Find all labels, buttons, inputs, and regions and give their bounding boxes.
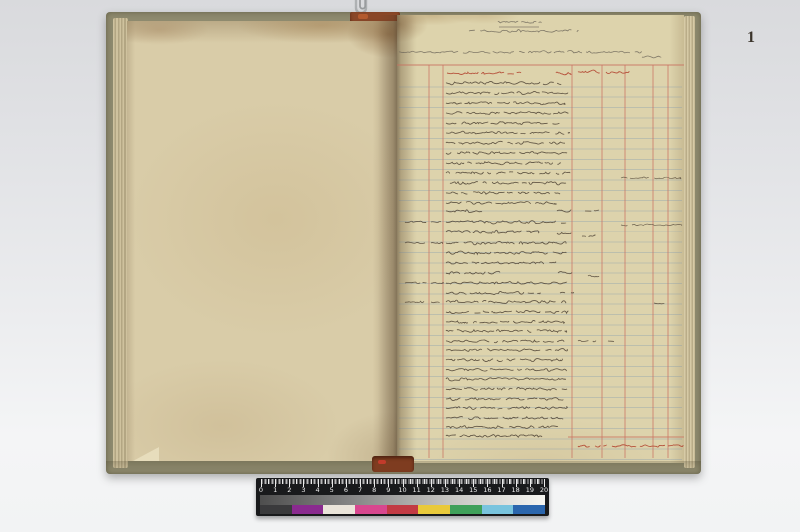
color-patch xyxy=(355,505,387,514)
color-patch xyxy=(387,505,419,514)
ledger-book: 1 xyxy=(106,12,701,474)
ruler-number: 8 xyxy=(372,487,376,494)
ruler-half-tick xyxy=(438,479,439,484)
ruler-half-tick xyxy=(452,479,453,484)
ruler-half-tick xyxy=(395,479,396,484)
ruler-half-tick xyxy=(537,479,538,484)
color-patch xyxy=(292,505,324,514)
ruler-half-tick xyxy=(410,479,411,484)
ruler-half-tick xyxy=(296,479,297,484)
ruler-number: 16 xyxy=(483,487,491,494)
color-patch xyxy=(513,505,545,514)
ruler-number: 2 xyxy=(287,487,291,494)
ruler-half-tick xyxy=(367,479,368,484)
ruler-number: 3 xyxy=(301,487,305,494)
color-patch xyxy=(323,505,355,514)
photo-surface: 1 01234567891011121314151617181920 xyxy=(0,0,800,532)
color-patch xyxy=(418,505,450,514)
ruler-number: 9 xyxy=(386,487,390,494)
ruler-grayscale-gradient xyxy=(260,495,545,505)
ruler-number: 1 xyxy=(273,487,277,494)
ruler-half-tick xyxy=(325,479,326,484)
page-stack-left-edge xyxy=(113,18,128,468)
ruler-number: 4 xyxy=(316,487,320,494)
left-page-corner-fold xyxy=(133,447,159,461)
color-scale-ruler: 01234567891011121314151617181920 xyxy=(256,478,549,516)
ruler-number: 17 xyxy=(497,487,505,494)
page-number: 1 xyxy=(747,29,755,47)
ruler-number: 12 xyxy=(427,487,435,494)
left-page-blank xyxy=(127,21,397,461)
ruler-half-tick xyxy=(424,479,425,484)
ruler-half-tick xyxy=(282,479,283,484)
ruler-number: 6 xyxy=(344,487,348,494)
ruler-number: 20 xyxy=(540,487,548,494)
spine-bottom-leather xyxy=(372,456,414,472)
ruler-number: 7 xyxy=(358,487,362,494)
ruler-number: 13 xyxy=(441,487,449,494)
ruler-half-tick xyxy=(509,479,510,484)
color-patch xyxy=(450,505,482,514)
ruler-half-tick xyxy=(339,479,340,484)
ruler-half-tick xyxy=(523,479,524,484)
ruler-half-tick xyxy=(480,479,481,484)
ruler-number: 14 xyxy=(455,487,463,494)
ruler-number: 5 xyxy=(330,487,334,494)
ruler-half-tick xyxy=(268,479,269,484)
ruler-number: 19 xyxy=(526,487,534,494)
ledger-page: 1 xyxy=(397,15,684,463)
color-patch xyxy=(260,505,292,514)
ruler-number: 15 xyxy=(469,487,477,494)
ruler-half-tick xyxy=(311,479,312,484)
ruler-half-tick xyxy=(494,479,495,484)
ruler-half-tick xyxy=(466,479,467,484)
ruler-number: 18 xyxy=(512,487,520,494)
ruled-lines xyxy=(399,77,682,461)
ruler-number: 10 xyxy=(398,487,406,494)
ruler-number: 11 xyxy=(413,487,421,494)
ruler-half-tick xyxy=(381,479,382,484)
ruler-number: 0 xyxy=(259,487,263,494)
color-patch xyxy=(482,505,514,514)
page-stack-right-edge xyxy=(684,16,695,468)
ruler-color-patches xyxy=(260,505,545,514)
ruler-half-tick xyxy=(353,479,354,484)
